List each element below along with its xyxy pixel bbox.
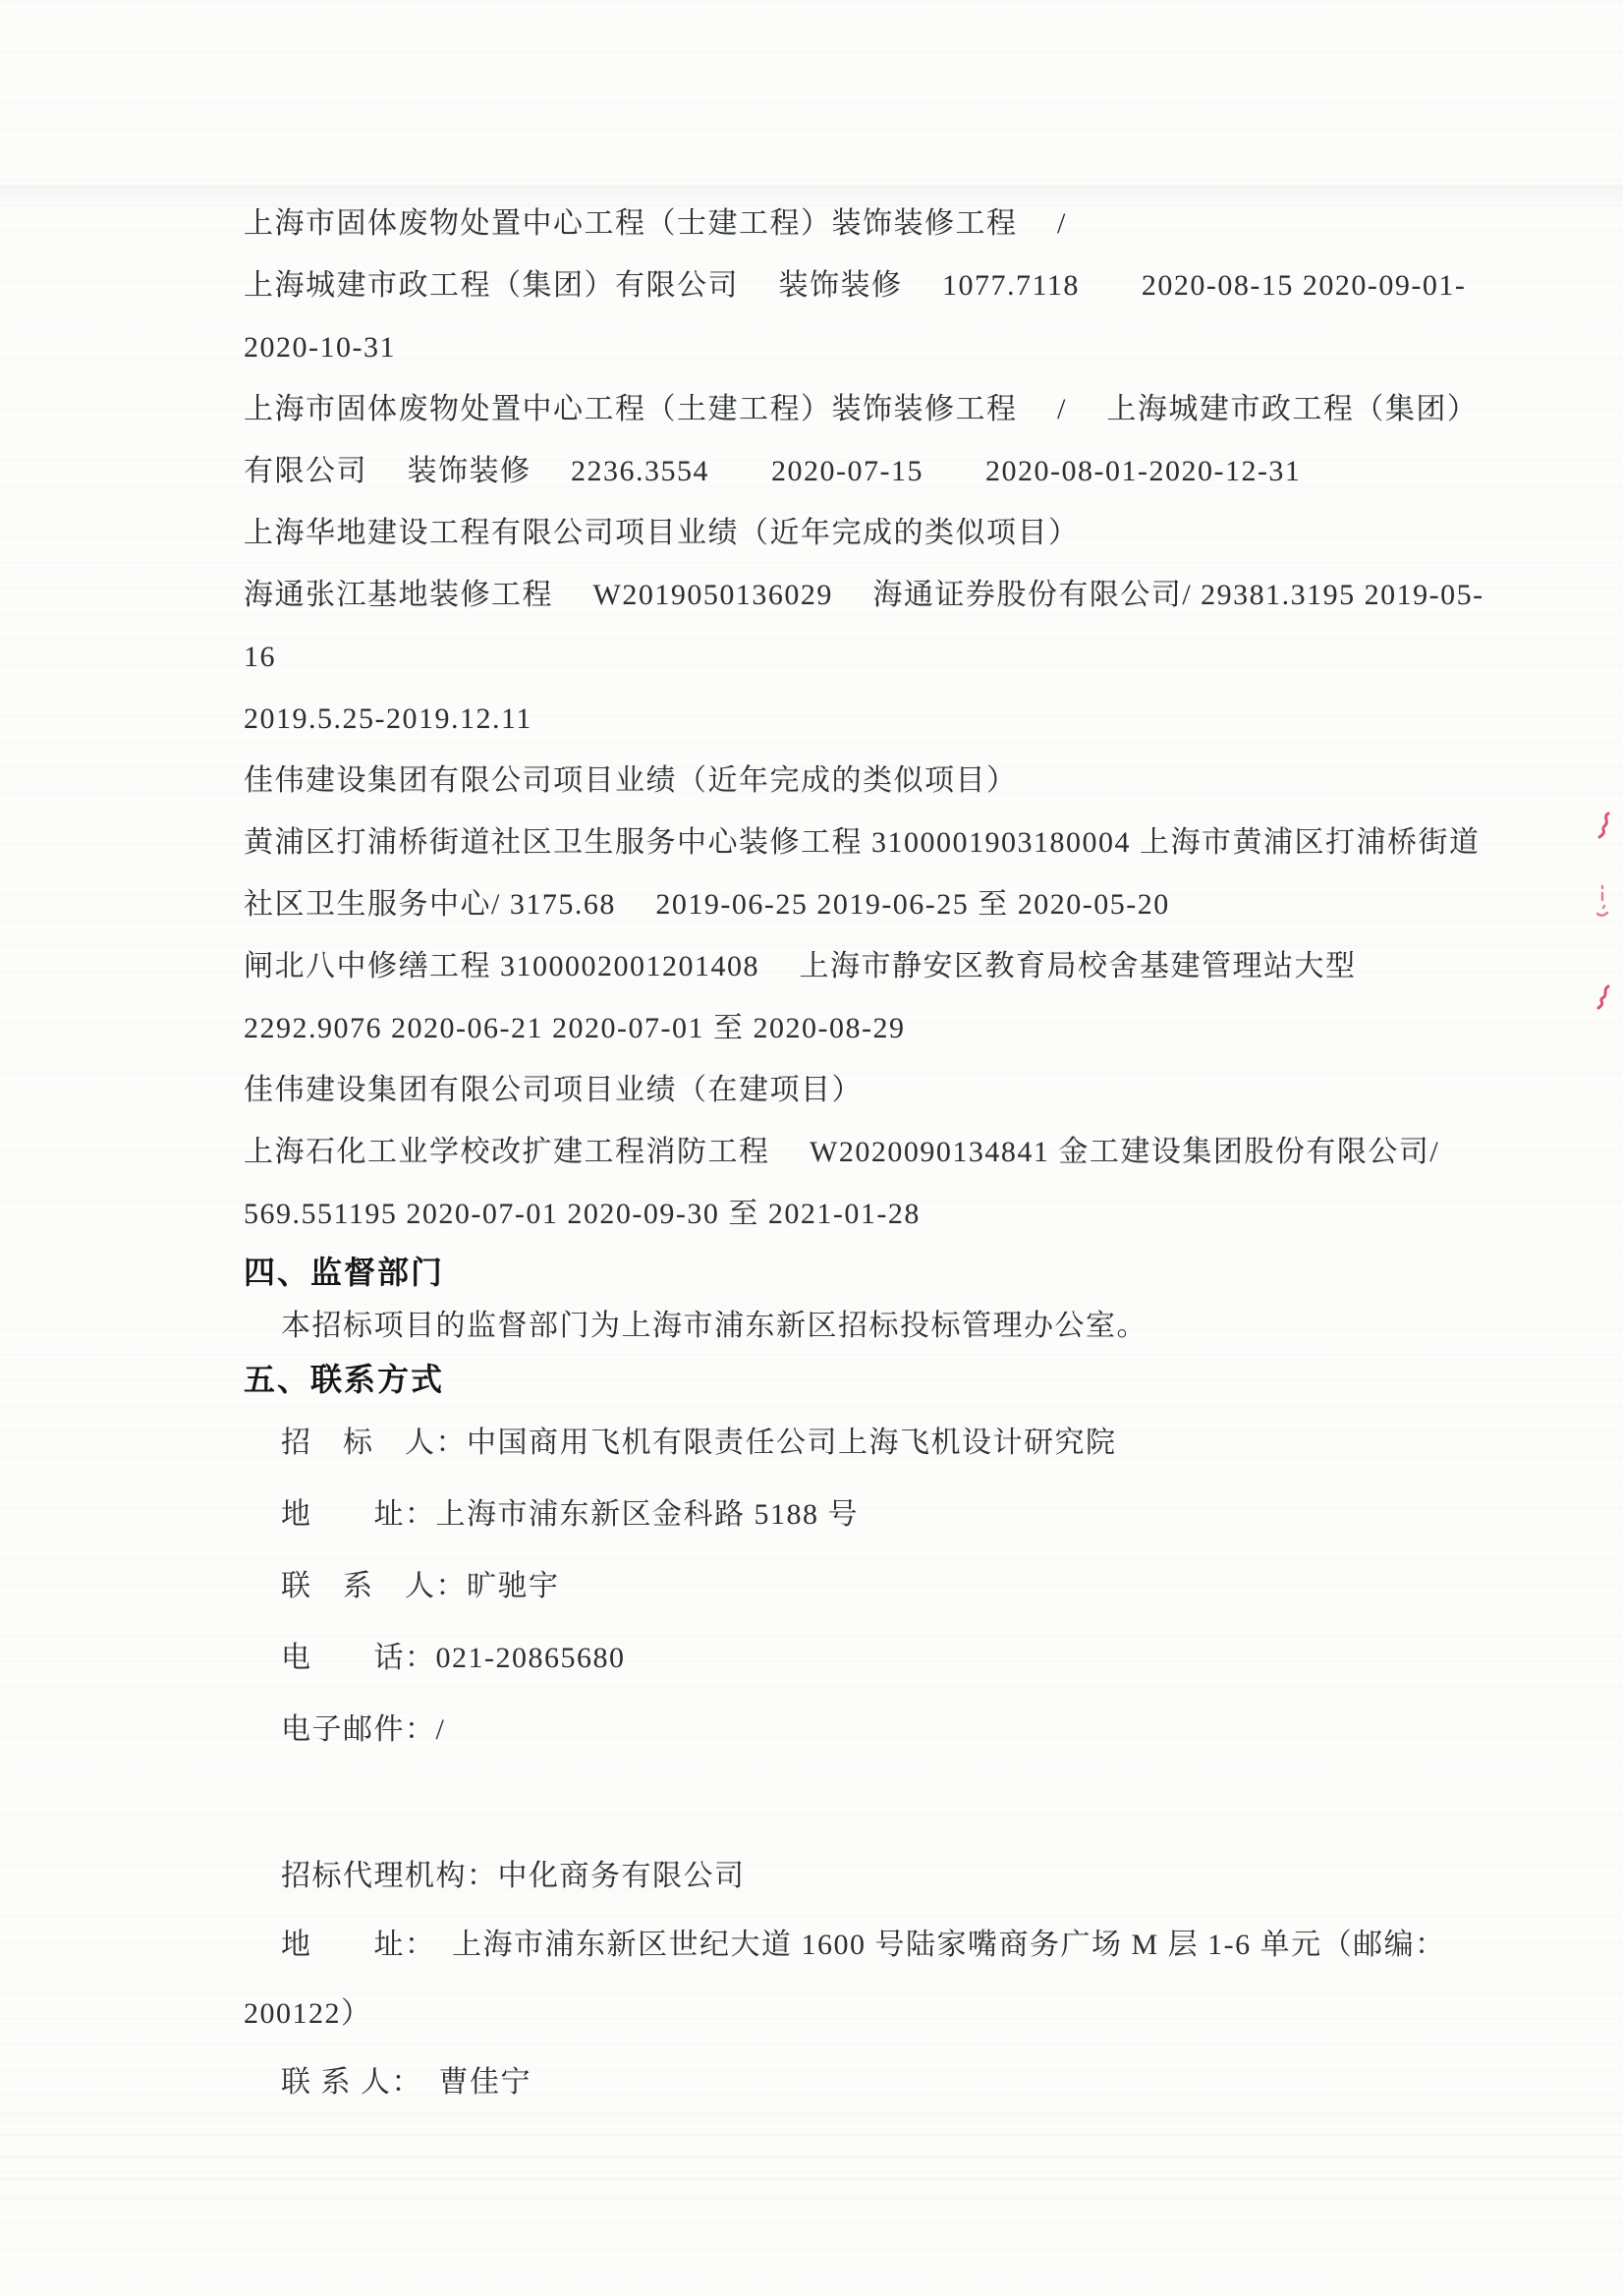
scan-artifact-band bbox=[0, 2112, 1623, 2201]
project-record-line: 上海城建市政工程（集团）有限公司 装饰装修 1077.7118 2020-08-… bbox=[244, 254, 1535, 316]
section-heading-supervision: 四、监督部门 bbox=[244, 1245, 1535, 1300]
tenderer-email-line: 电子邮件：/ bbox=[244, 1694, 1535, 1765]
red-ink-mark-icon bbox=[1595, 984, 1611, 1015]
tenderer-address-line: 地 址：上海市浦东新区金科路 5188 号 bbox=[244, 1479, 1535, 1550]
project-record-line: 闸北八中修缮工程 3100002001201408 上海市静安区教育局校舍基建管… bbox=[244, 935, 1535, 997]
project-record-line: 黄浦区打浦桥街道社区卫生服务中心装修工程 3100001903180004 上海… bbox=[244, 812, 1535, 873]
red-ink-mark-icon bbox=[1595, 884, 1609, 923]
project-record-line: 上海市固体废物处置中心工程（士建工程）装饰装修工程 / bbox=[244, 193, 1535, 254]
project-record-line: 海通张江基地装修工程 W2019050136029 海通证券股份有限公司/ 29… bbox=[244, 564, 1535, 626]
project-record-line: 16 bbox=[244, 626, 1535, 688]
tenderer-phone-line: 电 话：021-20865680 bbox=[244, 1622, 1535, 1694]
document-content: 上海市固体废物处置中心工程（士建工程）装饰装修工程 / 上海城建市政工程（集团）… bbox=[244, 193, 1535, 2117]
tenderer-contact-person-line: 联 系 人：旷驰宇 bbox=[244, 1550, 1535, 1622]
project-record-line: 2020-10-31 bbox=[244, 316, 1535, 378]
supervision-paragraph: 本招标项目的监督部门为上海市浦东新区招标投标管理办公室。 bbox=[244, 1300, 1535, 1352]
agency-name-line: 招标代理机构：中化商务有限公司 bbox=[244, 1842, 1535, 1911]
section-heading-contact: 五、联系方式 bbox=[244, 1352, 1535, 1407]
project-record-line: 上海石化工业学校改扩建工程消防工程 W2020090134841 金工建设集团股… bbox=[244, 1121, 1535, 1183]
agency-address-line: 地 址： 上海市浦东新区世纪大道 1600 号陆家嘴商务广场 M 层 1-6 单… bbox=[244, 1911, 1535, 1980]
agency-contact-person-line: 联 系 人： 曹佳宁 bbox=[244, 2048, 1535, 2117]
agency-contact-block: 招标代理机构：中化商务有限公司 地 址： 上海市浦东新区世纪大道 1600 号陆… bbox=[244, 1842, 1535, 2117]
project-record-line: 2292.9076 2020-06-21 2020-07-01 至 2020-0… bbox=[244, 997, 1535, 1059]
tenderer-name-line: 招 标 人：中国商用飞机有限责任公司上海飞机设计研究院 bbox=[244, 1407, 1535, 1479]
project-record-line: 上海市固体废物处置中心工程（土建工程）装饰装修工程 / 上海城建市政工程（集团） bbox=[244, 378, 1535, 440]
project-record-line: 社区卫生服务中心/ 3175.68 2019-06-25 2019-06-25 … bbox=[244, 873, 1535, 935]
project-record-line: 2019.5.25-2019.12.11 bbox=[244, 688, 1535, 750]
red-ink-mark-icon bbox=[1596, 812, 1612, 844]
project-record-line: 佳伟建设集团有限公司项目业绩（在建项目） bbox=[244, 1059, 1535, 1121]
project-record-line: 有限公司 装饰装修 2236.3554 2020-07-15 2020-08-0… bbox=[244, 440, 1535, 502]
project-record-line: 上海华地建设工程有限公司项目业绩（近年完成的类似项目） bbox=[244, 502, 1535, 564]
scanned-document-page: 上海市固体废物处置中心工程（士建工程）装饰装修工程 / 上海城建市政工程（集团）… bbox=[0, 0, 1623, 2296]
agency-postcode-line: 200122） bbox=[244, 1980, 1535, 2048]
project-record-line: 569.551195 2020-07-01 2020-09-30 至 2021-… bbox=[244, 1183, 1535, 1245]
project-record-line: 佳伟建设集团有限公司项目业绩（近年完成的类似项目） bbox=[244, 750, 1535, 812]
